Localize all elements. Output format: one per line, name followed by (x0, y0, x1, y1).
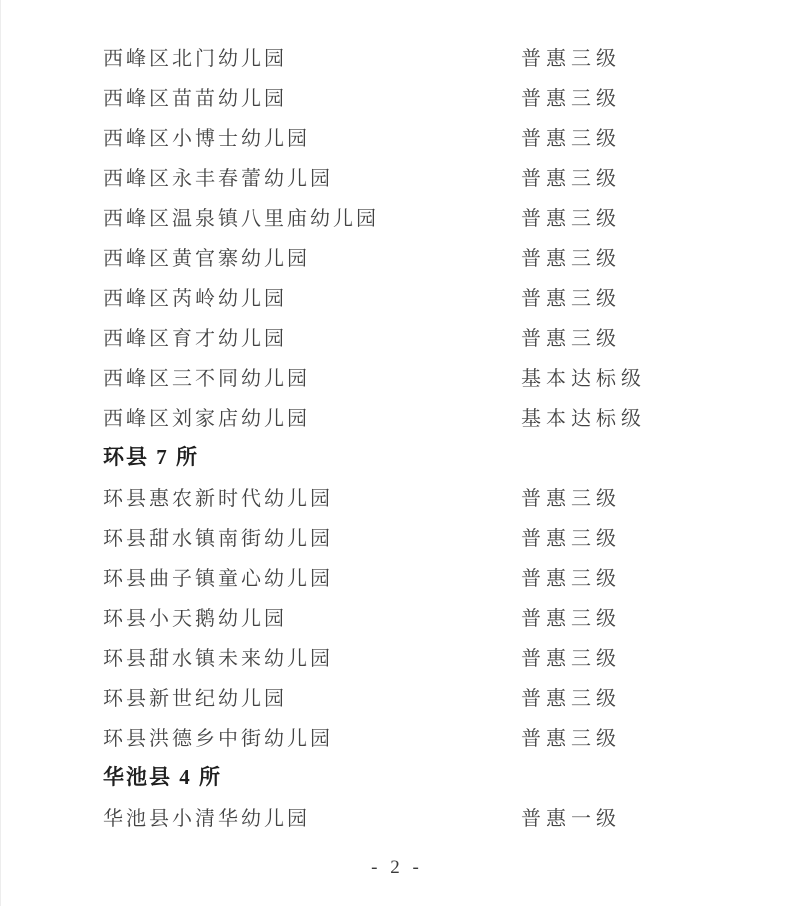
list-item: 环县新世纪幼儿园普惠三级 (103, 676, 753, 716)
rating-level: 基本达标级 (521, 402, 646, 431)
rating-level: 普惠三级 (521, 242, 621, 271)
kindergarten-name: 环县曲子镇童心幼儿园 (103, 562, 521, 591)
page-number: - 2 - (371, 857, 423, 879)
rating-level: 普惠三级 (521, 202, 621, 231)
list-item: 西峰区黄官寨幼儿园普惠三级 (103, 236, 753, 276)
kindergarten-name: 西峰区永丰春蕾幼儿园 (103, 162, 521, 191)
kindergarten-rating-list: 西峰区北门幼儿园普惠三级西峰区苗苗幼儿园普惠三级西峰区小博士幼儿园普惠三级西峰区… (1, 0, 793, 836)
list-item: 西峰区苗苗幼儿园普惠三级 (103, 76, 753, 116)
list-item: 西峰区三不同幼儿园基本达标级 (103, 356, 753, 396)
section-header: 环县 7 所 (103, 436, 753, 476)
list-item: 西峰区育才幼儿园普惠三级 (103, 316, 753, 356)
kindergarten-name: 西峰区苗苗幼儿园 (103, 82, 521, 111)
kindergarten-name: 环县洪德乡中街幼儿园 (103, 722, 521, 751)
kindergarten-name: 西峰区三不同幼儿园 (103, 362, 521, 391)
rating-level: 普惠三级 (521, 602, 621, 631)
kindergarten-name: 华池县小清华幼儿园 (103, 802, 521, 831)
rating-level: 普惠三级 (521, 42, 621, 71)
kindergarten-name: 西峰区刘家店幼儿园 (103, 402, 521, 431)
rating-level: 普惠三级 (521, 82, 621, 111)
rating-level: 普惠三级 (521, 122, 621, 151)
list-item: 西峰区北门幼儿园普惠三级 (103, 36, 753, 76)
rating-level: 普惠三级 (521, 322, 621, 351)
rating-level: 普惠三级 (521, 282, 621, 311)
list-item: 西峰区芮岭幼儿园普惠三级 (103, 276, 753, 316)
kindergarten-name: 西峰区育才幼儿园 (103, 322, 521, 351)
rating-level: 普惠三级 (521, 642, 621, 671)
rating-level: 普惠三级 (521, 162, 621, 191)
kindergarten-name: 环县甜水镇南街幼儿园 (103, 522, 521, 551)
kindergarten-name: 西峰区黄官寨幼儿园 (103, 242, 521, 271)
section-header: 华池县 4 所 (103, 756, 753, 796)
kindergarten-name: 西峰区小博士幼儿园 (103, 122, 521, 151)
kindergarten-name: 西峰区芮岭幼儿园 (103, 282, 521, 311)
rating-level: 普惠三级 (521, 522, 621, 551)
kindergarten-name: 环县新世纪幼儿园 (103, 682, 521, 711)
kindergarten-name: 西峰区温泉镇八里庙幼儿园 (103, 202, 521, 231)
list-item: 西峰区刘家店幼儿园基本达标级 (103, 396, 753, 436)
list-item: 环县甜水镇南街幼儿园普惠三级 (103, 516, 753, 556)
kindergarten-name: 环县小天鹅幼儿园 (103, 602, 521, 631)
list-item: 环县洪德乡中街幼儿园普惠三级 (103, 716, 753, 756)
page-footer: - 2 - (1, 852, 793, 884)
rating-level: 基本达标级 (521, 362, 646, 391)
kindergarten-name: 环县甜水镇未来幼儿园 (103, 642, 521, 671)
list-item: 华池县小清华幼儿园普惠一级 (103, 796, 753, 836)
list-item: 环县小天鹅幼儿园普惠三级 (103, 596, 753, 636)
rating-level: 普惠三级 (521, 482, 621, 511)
list-item: 环县甜水镇未来幼儿园普惠三级 (103, 636, 753, 676)
document-page: 西峰区北门幼儿园普惠三级西峰区苗苗幼儿园普惠三级西峰区小博士幼儿园普惠三级西峰区… (0, 0, 793, 906)
list-item: 西峰区小博士幼儿园普惠三级 (103, 116, 753, 156)
rating-level: 普惠一级 (521, 802, 621, 831)
list-item: 环县曲子镇童心幼儿园普惠三级 (103, 556, 753, 596)
kindergarten-name: 西峰区北门幼儿园 (103, 42, 521, 71)
rating-level: 普惠三级 (521, 562, 621, 591)
list-item: 环县惠农新时代幼儿园普惠三级 (103, 476, 753, 516)
list-item: 西峰区永丰春蕾幼儿园普惠三级 (103, 156, 753, 196)
list-item: 西峰区温泉镇八里庙幼儿园普惠三级 (103, 196, 753, 236)
kindergarten-name: 环县惠农新时代幼儿园 (103, 482, 521, 511)
rating-level: 普惠三级 (521, 722, 621, 751)
rating-level: 普惠三级 (521, 682, 621, 711)
